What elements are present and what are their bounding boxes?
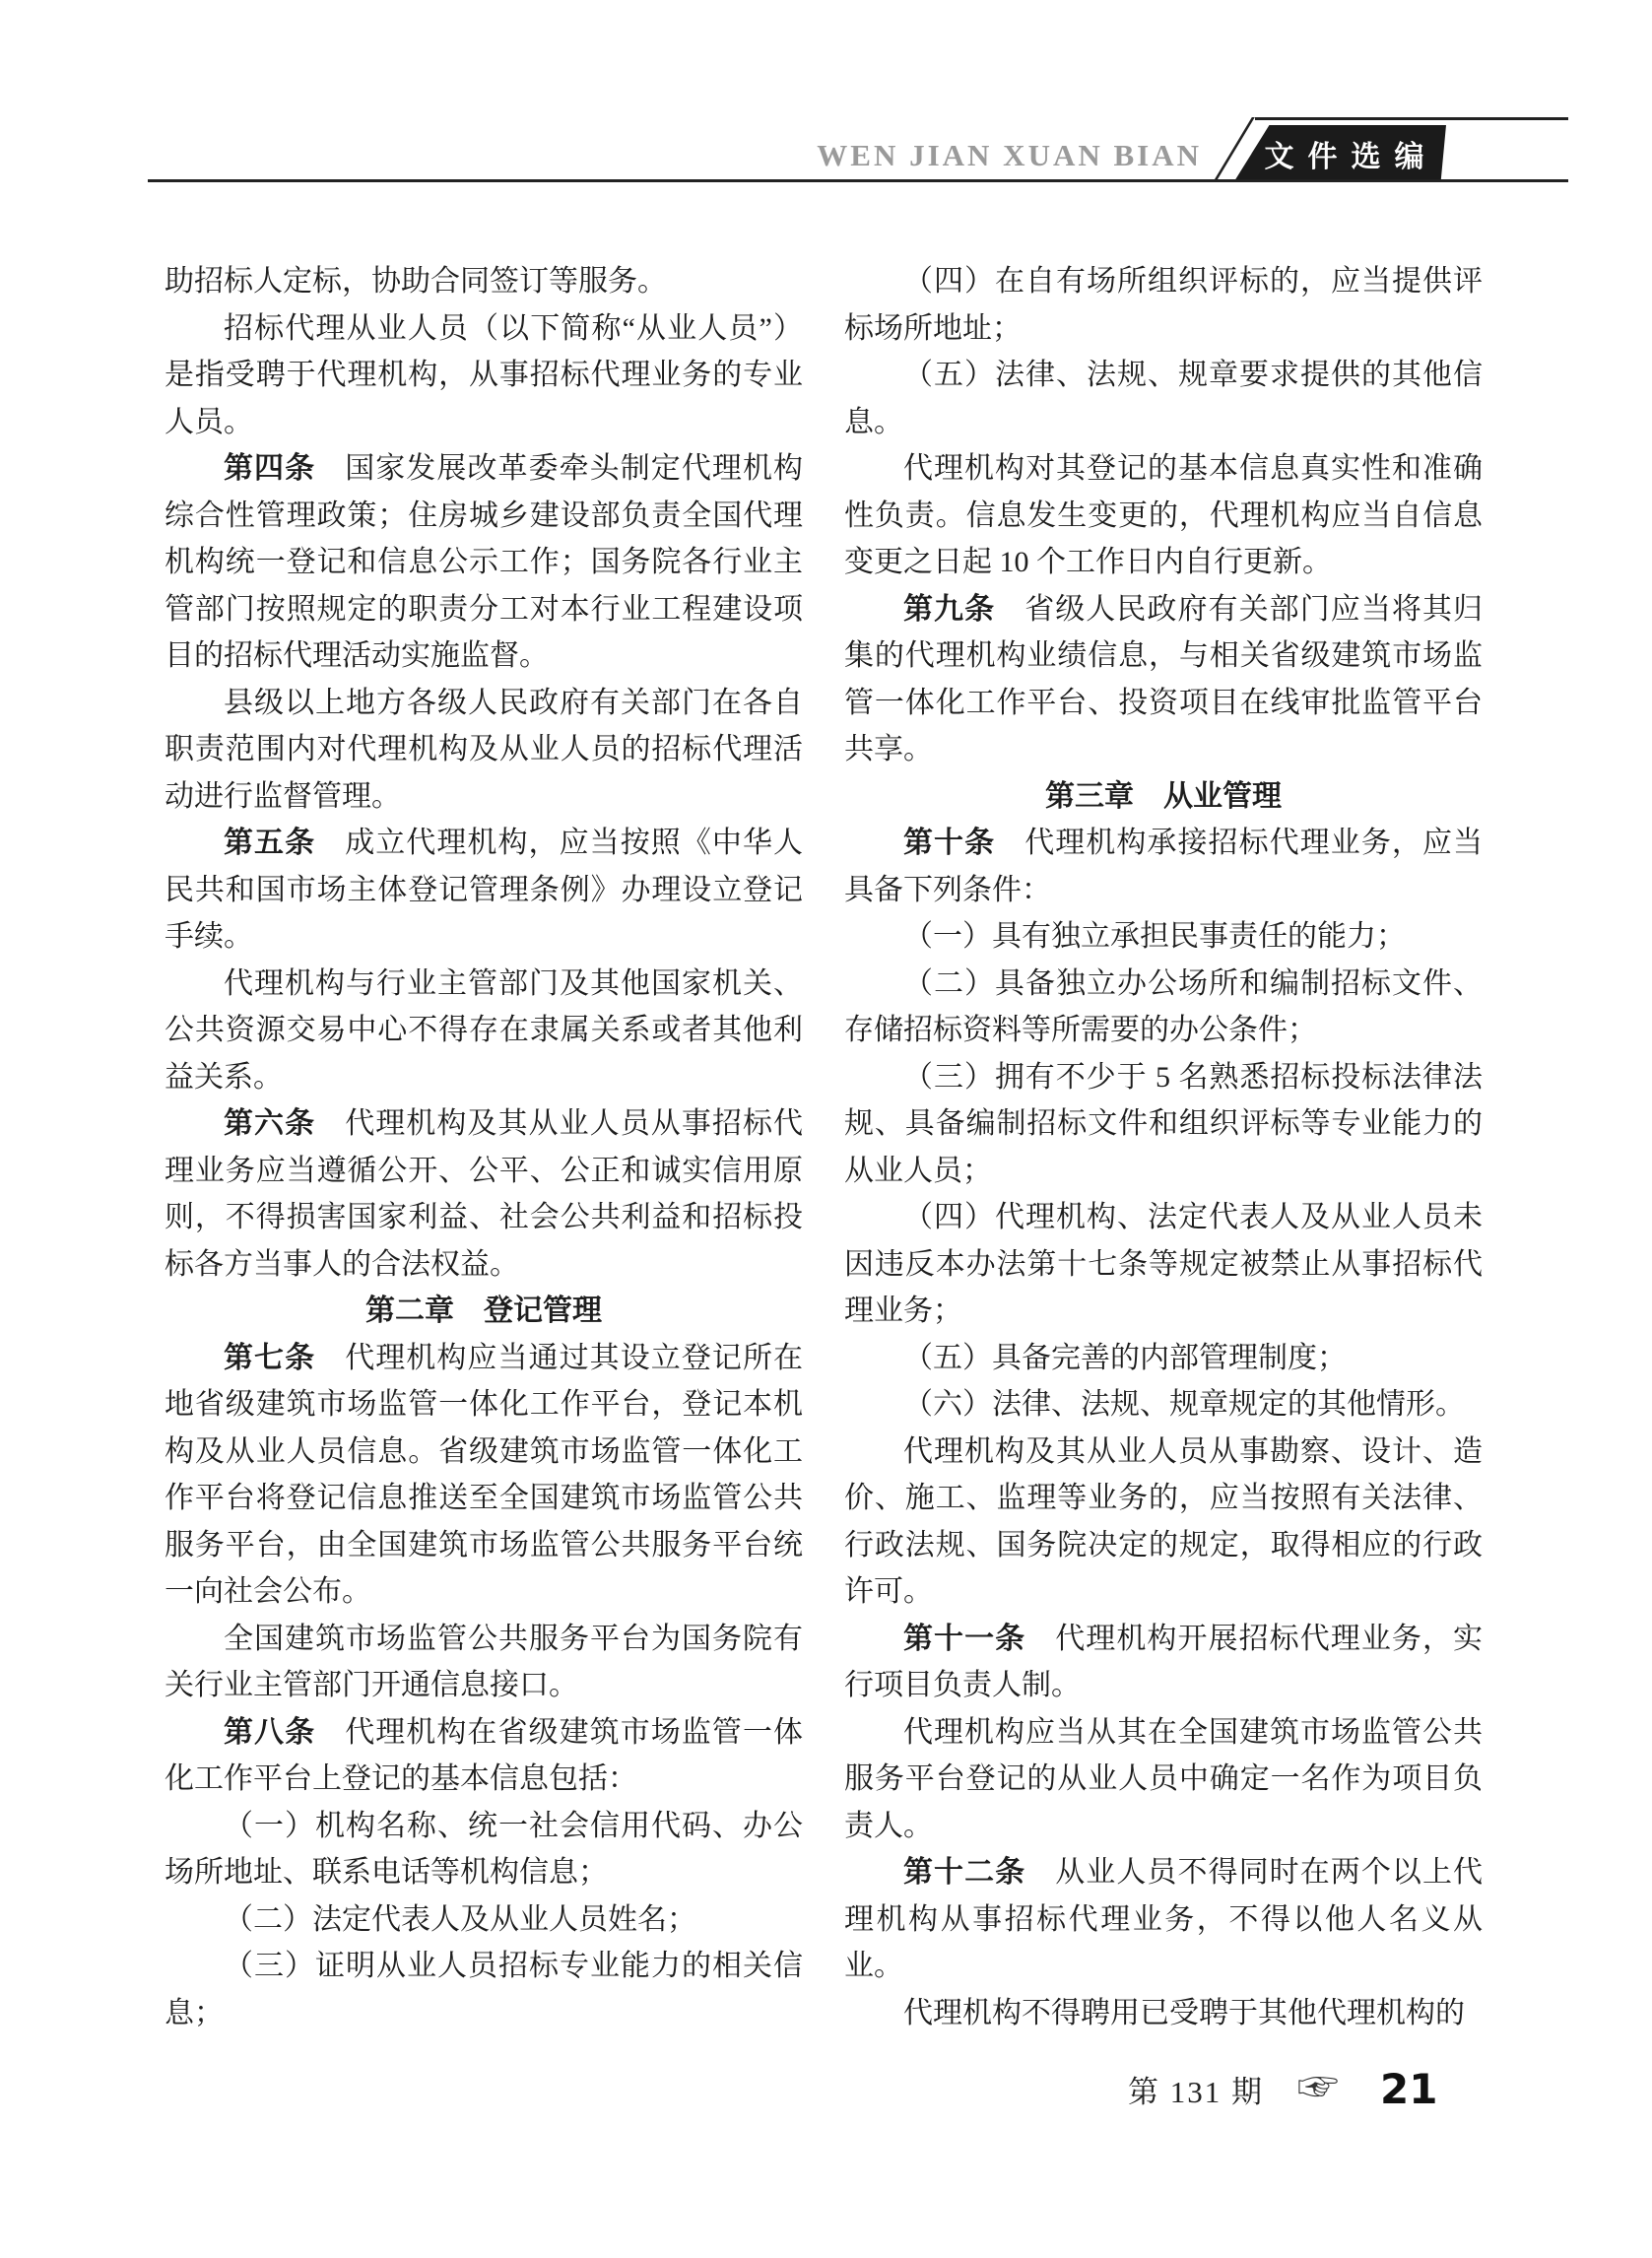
paragraph: 招标代理从业人员（以下简称“从业人员”）是指受聘于代理机构，从事招标代理业务的专… [165,305,803,446]
paragraph: 代理机构应当从其在全国建筑市场监管公共服务平台登记的从业人员中确定一名作为项目负… [844,1709,1483,1850]
left-column: 助招标人定标，协助合同签订等服务。招标代理从业人员（以下简称“从业人员”）是指受… [165,258,803,2036]
paragraph: 第十条代理机构承接招标代理业务，应当具备下列条件： [844,820,1483,913]
paragraph: 第四条国家发展改革委牵头制定代理机构综合性管理政策；住房城乡建设部负责全国代理机… [165,445,803,680]
paragraph: 代理机构及其从业人员从事勘察、设计、造价、施工、监理等业务的，应当按照有关法律、… [844,1428,1483,1616]
right-column: （四）在自有场所组织评标的，应当提供评标场所地址；（五）法律、法规、规章要求提供… [844,258,1483,2036]
chapter-heading: 第二章 登记管理 [165,1288,803,1335]
article-number: 第十条 [903,826,995,860]
paragraph: 第七条代理机构应当通过其设立登记所在地省级建筑市场监管一体化工作平台，登记本机构… [165,1335,803,1616]
paragraph: （三）拥有不少于 5 名熟悉招标投标法律法规、具备编制招标文件和组织评标等专业能… [844,1054,1483,1195]
paragraph: 助招标人定标，协助合同签订等服务。 [165,258,803,305]
article-number: 第五条 [224,826,315,860]
header-banner: 文件选编 [1234,125,1446,181]
paragraph: （三）证明从业人员招标专业能力的相关信息； [165,1943,803,2036]
document-page: WEN JIAN XUAN BIAN 文件选编 助招标人定标，协助合同签订等服务… [0,0,1652,2258]
paragraph: （二）具备独立办公场所和编制招标文件、存储招标资料等所需要的办公条件； [844,961,1483,1054]
article-number: 第八条 [224,1715,315,1750]
paragraph: 代理机构与行业主管部门及其他国家机关、公共资源交易中心不得存在隶属关系或者其他利… [165,961,803,1101]
article-number: 第七条 [224,1341,315,1375]
paragraph: 代理机构对其登记的基本信息真实性和准确性负责。信息发生变更的，代理机构应当自信息… [844,445,1483,586]
issue-label: 第 131 期 [1128,2067,1264,2111]
chapter-heading: 第三章 从业管理 [844,773,1483,821]
paragraph: （四）在自有场所组织评标的，应当提供评标场所地址； [844,258,1483,352]
article-number: 第九条 [903,592,995,627]
paragraph: 第八条代理机构在省级建筑市场监管一体化工作平台上登记的基本信息包括： [165,1709,803,1803]
paragraph: （四）代理机构、法定代表人及从业人员未因违反本办法第十七条等规定被禁止从事招标代… [844,1194,1483,1335]
article-number: 第十二条 [903,1855,1025,1890]
article-number: 第十一条 [903,1622,1025,1656]
page-number: 21 [1380,2065,1437,2113]
paragraph: 县级以上地方各级人民政府有关部门在各自职责范围内对代理机构及从业人员的招标代理活… [165,680,803,821]
paragraph: 第五条成立代理机构，应当按照《中华人民共和国市场主体登记管理条例》办理设立登记手… [165,820,803,961]
paragraph: （一）具有独立承担民事责任的能力； [844,913,1483,961]
paragraph: （五）具备完善的内部管理制度； [844,1335,1483,1382]
paragraph: 第九条省级人民政府有关部门应当将其归集的代理机构业绩信息，与相关省级建筑市场监管… [844,586,1483,773]
header-rule [148,179,1568,182]
paragraph: （一）机构名称、统一社会信用代码、办公场所地址、联系电话等机构信息； [165,1803,803,1896]
paragraph: 代理机构不得聘用已受聘于其他代理机构的 [844,1990,1483,2037]
article-number: 第六条 [224,1106,315,1141]
paragraph: 第六条代理机构及其从业人员从事招标代理业务应当遵循公开、公平、公正和诚实信用原则… [165,1100,803,1288]
header-top-line [1255,117,1568,120]
paragraph: 全国建筑市场监管公共服务平台为国务院有关行业主管部门开通信息接口。 [165,1616,803,1709]
paragraph: 第十二条从业人员不得同时在两个以上代理机构从事招标代理业务，不得以他人名义从业。 [844,1849,1483,1990]
paragraph: 第十一条代理机构开展招标代理业务，实行项目负责人制。 [844,1616,1483,1709]
header-banner-label: 文件选编 [1243,132,1438,175]
article-number: 第四条 [224,451,315,486]
paragraph: （六）法律、法规、规章规定的其他情形。 [844,1381,1483,1428]
paragraph: （二）法定代表人及从业人员姓名； [165,1896,803,1944]
pointing-hand-icon: ☞ [1297,2068,1339,2109]
page-footer: 第 131 期 ☞ 21 [1128,2065,1437,2112]
paragraph: （五）法律、法规、规章要求提供的其他信息。 [844,352,1483,445]
header-pinyin: WEN JIAN XUAN BIAN [817,138,1202,173]
